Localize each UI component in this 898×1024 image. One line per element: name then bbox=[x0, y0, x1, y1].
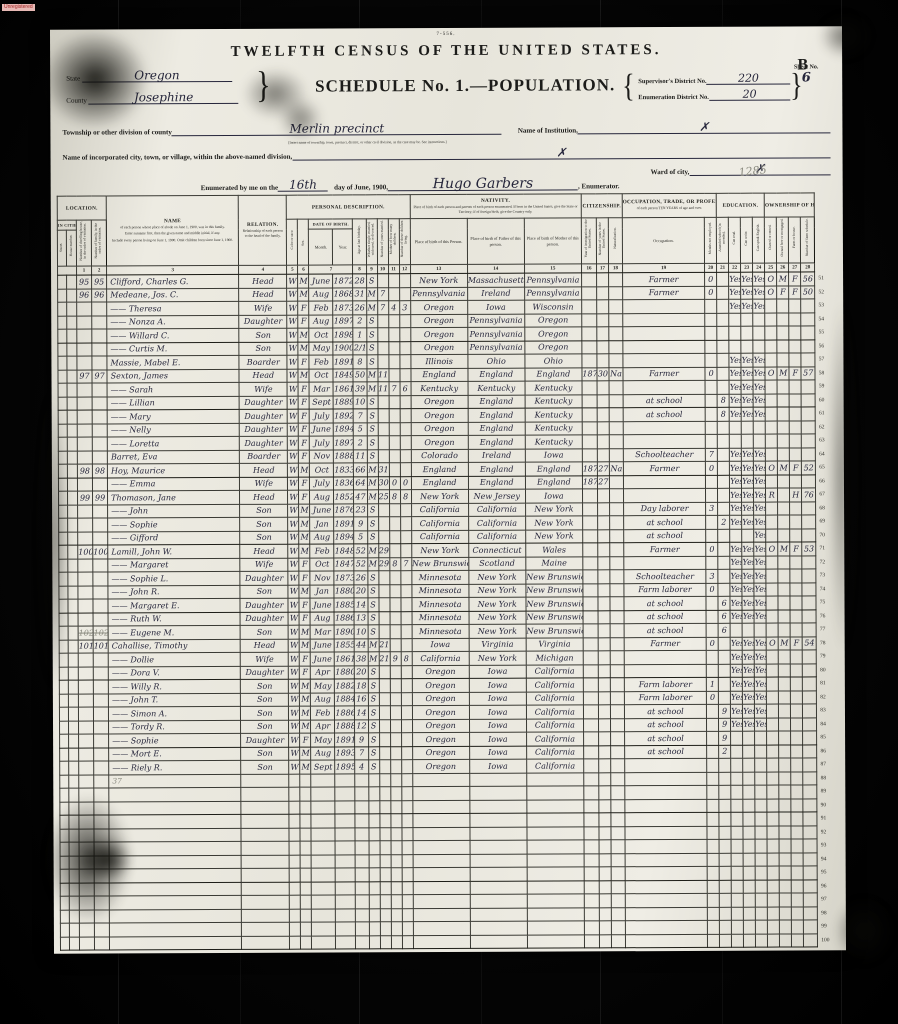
street bbox=[60, 775, 69, 789]
free_or_mortgaged bbox=[777, 326, 789, 340]
months_not_employed: 0 bbox=[705, 272, 717, 286]
house_number bbox=[68, 572, 78, 586]
owned-rented-header: Owned or rented. bbox=[764, 217, 776, 263]
owned_or_rented bbox=[767, 704, 779, 718]
birth-year-header: Year. bbox=[333, 229, 353, 265]
children_living bbox=[401, 638, 412, 652]
years_married bbox=[378, 395, 389, 409]
mother_birthplace: California bbox=[526, 705, 583, 719]
can_speak_english: Yes bbox=[753, 380, 765, 394]
family_number bbox=[93, 599, 108, 613]
farm_or_house bbox=[791, 771, 803, 785]
name: Medeane, Jos. C. bbox=[107, 288, 239, 302]
color: W bbox=[288, 463, 299, 477]
attended_school bbox=[718, 583, 730, 597]
months_not_employed bbox=[707, 704, 719, 718]
birth_year: 1892 bbox=[334, 409, 354, 423]
mother_of_children bbox=[390, 746, 401, 760]
marital_status: S bbox=[367, 422, 378, 436]
birthplace bbox=[413, 827, 470, 841]
farm_or_house bbox=[789, 326, 801, 340]
birth_month: Apr bbox=[311, 719, 335, 733]
birth_month: Jan bbox=[310, 517, 334, 531]
farm_schedule bbox=[804, 920, 818, 934]
children_living: 7 bbox=[400, 557, 411, 571]
immigration_year bbox=[583, 624, 598, 638]
occupation: at school bbox=[623, 394, 705, 408]
marital_status: M bbox=[368, 652, 379, 666]
dwelling_number bbox=[77, 316, 92, 330]
relation: Son bbox=[240, 531, 288, 545]
mother_birthplace: New York bbox=[525, 516, 582, 530]
months_not_employed bbox=[707, 880, 719, 894]
sex: F bbox=[299, 409, 310, 423]
column-number: 27 bbox=[789, 263, 801, 272]
occupation: Farmer bbox=[623, 367, 705, 381]
age bbox=[356, 854, 369, 868]
farm_schedule bbox=[803, 744, 817, 758]
mother_of_children bbox=[390, 800, 401, 814]
years_married bbox=[379, 827, 390, 841]
birth_year: 1891 bbox=[334, 517, 354, 531]
children_living bbox=[399, 341, 410, 355]
can_speak_english bbox=[755, 758, 767, 772]
enumerated-day: 16th bbox=[289, 178, 317, 192]
years_in_us bbox=[599, 799, 611, 813]
birth_month: July bbox=[310, 436, 334, 450]
house_number bbox=[69, 775, 79, 789]
owned_or_rented bbox=[767, 758, 779, 772]
birth_year bbox=[336, 908, 356, 922]
naturalization bbox=[610, 705, 624, 719]
farm_schedule bbox=[803, 839, 817, 853]
farm_or_house: F bbox=[789, 366, 801, 380]
relation: Daughter bbox=[239, 315, 287, 329]
sex: F bbox=[299, 436, 310, 450]
free_or_mortgaged bbox=[778, 596, 790, 610]
birth_year: 1897 bbox=[333, 314, 353, 328]
attended_school bbox=[718, 556, 730, 570]
color: W bbox=[289, 733, 300, 747]
family_number bbox=[92, 437, 107, 451]
free_or_mortgaged: M bbox=[778, 637, 790, 651]
birth_year: 1893 bbox=[335, 746, 355, 760]
dwelling_number bbox=[77, 329, 92, 343]
owned_or_rented bbox=[768, 907, 780, 921]
owned_or_rented bbox=[767, 785, 779, 799]
street bbox=[60, 923, 69, 937]
can_speak_english: Yes bbox=[754, 515, 766, 529]
occupation bbox=[625, 920, 707, 934]
birth_month: June bbox=[310, 598, 334, 612]
children-living-header: Number of these children living. bbox=[399, 219, 410, 265]
years_married: 29 bbox=[378, 544, 389, 558]
farm_or_house bbox=[792, 920, 804, 934]
mother_birthplace: Maine bbox=[526, 556, 583, 570]
birth_month: Mar bbox=[311, 625, 335, 639]
street bbox=[60, 802, 69, 816]
can_read: Yes bbox=[731, 691, 743, 705]
attended_school bbox=[719, 785, 731, 799]
sex bbox=[300, 855, 311, 869]
column-number: 1 bbox=[77, 266, 92, 275]
name-column-header: NAME of each person whose place of abode… bbox=[106, 195, 239, 266]
line-number: 99 bbox=[818, 920, 836, 934]
occupation bbox=[625, 880, 707, 894]
occupation: at school bbox=[623, 407, 705, 421]
father_birthplace: England bbox=[468, 408, 525, 422]
occupation bbox=[623, 313, 705, 327]
children_living bbox=[400, 544, 411, 558]
father_birthplace bbox=[470, 840, 527, 854]
years_married bbox=[379, 733, 390, 747]
column-number: 10 bbox=[377, 265, 388, 274]
sex: M bbox=[298, 369, 309, 383]
farm_or_house bbox=[789, 299, 801, 313]
owned_or_rented bbox=[766, 610, 778, 624]
mother_of_children bbox=[388, 341, 399, 355]
father_birthplace: California bbox=[468, 530, 525, 544]
farm_schedule bbox=[801, 339, 815, 353]
can_speak_english: Yes bbox=[755, 691, 767, 705]
children_living bbox=[401, 598, 412, 612]
family_number bbox=[94, 882, 109, 896]
free_or_mortgaged bbox=[778, 569, 790, 583]
dwelling_number bbox=[77, 410, 92, 424]
mother_birthplace: Wisconsin bbox=[524, 300, 581, 314]
attended_school bbox=[718, 569, 730, 583]
months_not_employed bbox=[707, 866, 719, 880]
years_married: 25 bbox=[378, 490, 389, 504]
color bbox=[289, 814, 300, 828]
dwelling_number bbox=[79, 829, 94, 843]
owned_or_rented bbox=[766, 596, 778, 610]
immigration_year bbox=[583, 691, 598, 705]
marital_status: M bbox=[367, 557, 378, 571]
marital_status bbox=[368, 814, 379, 828]
father_birthplace bbox=[470, 800, 527, 814]
birth_year: 1872 bbox=[333, 274, 353, 288]
owned_or_rented bbox=[765, 380, 777, 394]
age: 9 bbox=[355, 733, 368, 747]
owned_or_rented bbox=[766, 502, 778, 516]
years_in_us bbox=[598, 570, 610, 584]
birth_month bbox=[311, 827, 335, 841]
years_in_us bbox=[599, 759, 611, 773]
immigration_year bbox=[584, 880, 599, 894]
dwelling_number bbox=[78, 667, 93, 681]
years_in_us bbox=[597, 448, 609, 462]
birthplace bbox=[413, 881, 470, 895]
column-number: 11 bbox=[388, 265, 399, 274]
farm_or_house bbox=[790, 582, 802, 596]
years_in_us bbox=[599, 934, 611, 948]
age bbox=[356, 908, 369, 922]
can_read bbox=[732, 934, 744, 948]
color bbox=[289, 828, 300, 842]
years_married bbox=[379, 746, 390, 760]
years_married bbox=[379, 625, 390, 639]
free_or_mortgaged bbox=[778, 650, 790, 664]
months_not_employed: 0 bbox=[706, 542, 718, 556]
children_living bbox=[402, 841, 413, 855]
months_not_employed bbox=[707, 799, 719, 813]
street bbox=[59, 640, 68, 654]
birth_year: 1873 bbox=[334, 571, 354, 585]
relation bbox=[242, 909, 290, 923]
sex: F bbox=[298, 396, 309, 410]
family_number bbox=[94, 828, 109, 842]
dwelling_number bbox=[77, 343, 92, 357]
street bbox=[58, 397, 67, 411]
birth_month bbox=[311, 787, 335, 801]
column-number: 24 bbox=[753, 263, 765, 272]
can_read bbox=[731, 893, 743, 907]
farm_schedule bbox=[803, 825, 817, 839]
owned_or_rented bbox=[767, 677, 779, 691]
dwelling_number bbox=[78, 694, 93, 708]
attended_school bbox=[719, 907, 731, 921]
birth_year: 1880 bbox=[334, 584, 354, 598]
can_read: Yes bbox=[730, 542, 742, 556]
naturalization bbox=[610, 651, 624, 665]
dwelling_number: 100 bbox=[78, 545, 93, 559]
name bbox=[109, 922, 241, 936]
age: 66 bbox=[354, 463, 367, 477]
color bbox=[289, 801, 300, 815]
family_number bbox=[92, 342, 107, 356]
age: 16 bbox=[355, 692, 368, 706]
years_in_us bbox=[597, 489, 609, 503]
can_speak_english bbox=[755, 812, 767, 826]
family_number bbox=[94, 869, 109, 883]
immigration_year bbox=[583, 543, 598, 557]
can_write bbox=[743, 839, 755, 853]
location-group-header: LOCATION. bbox=[57, 196, 106, 220]
color: W bbox=[288, 450, 299, 464]
years_married bbox=[378, 503, 389, 517]
owned_or_rented bbox=[766, 556, 778, 570]
birth_month: Oct bbox=[310, 557, 334, 571]
father_birthplace: New York bbox=[469, 651, 526, 665]
farm_or_house bbox=[791, 825, 803, 839]
birth_month: Aug bbox=[309, 314, 333, 328]
sex: M bbox=[300, 693, 311, 707]
owned_or_rented bbox=[765, 394, 777, 408]
mother_birthplace: Kentucky bbox=[525, 421, 582, 435]
township-note: [Insert name of township, town, precinct… bbox=[202, 140, 532, 145]
family_number bbox=[94, 936, 109, 950]
supervisor-district-value: 220 bbox=[738, 72, 759, 85]
mother_of_children bbox=[388, 368, 399, 382]
name: —— Tordy R. bbox=[109, 720, 241, 734]
relation: Son bbox=[240, 517, 288, 531]
house_number bbox=[69, 761, 79, 775]
mother_birthplace bbox=[527, 826, 584, 840]
months_not_employed bbox=[707, 853, 719, 867]
birthplace: Minnesota bbox=[411, 570, 468, 584]
age bbox=[356, 881, 369, 895]
relation: Son bbox=[240, 625, 288, 639]
children_living: 8 bbox=[401, 652, 412, 666]
months_not_employed bbox=[705, 326, 717, 340]
naturalization bbox=[610, 543, 624, 557]
birthplace: New York bbox=[411, 543, 468, 557]
street bbox=[59, 626, 68, 640]
attended_school bbox=[718, 677, 730, 691]
naturalization bbox=[611, 907, 625, 921]
mother_birthplace: Kentucky bbox=[525, 408, 582, 422]
birthplace: Oregon bbox=[412, 692, 469, 706]
census-table-body: 9595Clifford, Charles G.HeadWMJune187228… bbox=[58, 272, 836, 950]
dwelling_number bbox=[79, 937, 94, 951]
sex bbox=[301, 895, 312, 909]
can_read bbox=[731, 880, 743, 894]
mother_birthplace: California bbox=[526, 664, 583, 678]
occupation bbox=[625, 799, 707, 813]
free_or_mortgaged bbox=[779, 745, 791, 759]
years_in_us bbox=[597, 421, 609, 435]
sex: M bbox=[299, 463, 310, 477]
color: W bbox=[288, 598, 299, 612]
house_number bbox=[67, 437, 77, 451]
immigration_year bbox=[583, 718, 598, 732]
children_living bbox=[401, 625, 412, 639]
birth_month: Aug bbox=[311, 746, 335, 760]
naturalization bbox=[609, 300, 623, 314]
naturalization bbox=[610, 718, 624, 732]
birthplace: Oregon bbox=[412, 746, 469, 760]
sex bbox=[300, 774, 311, 788]
free_or_mortgaged bbox=[778, 583, 790, 597]
birth_year: 1886 bbox=[334, 611, 354, 625]
children_living bbox=[401, 760, 412, 774]
color: W bbox=[288, 409, 299, 423]
mother_of_children bbox=[390, 773, 401, 787]
dwelling_number bbox=[79, 856, 94, 870]
sex: F bbox=[298, 315, 309, 329]
can_read: Yes bbox=[731, 704, 743, 718]
years_married bbox=[379, 692, 390, 706]
relation: Boarder bbox=[239, 355, 287, 369]
owned_or_rented bbox=[767, 772, 779, 786]
relation: Head bbox=[239, 274, 287, 288]
family_number bbox=[92, 329, 107, 343]
name bbox=[110, 936, 242, 950]
sex bbox=[300, 841, 311, 855]
street bbox=[58, 410, 67, 424]
attended_school bbox=[717, 299, 729, 313]
relation: Son bbox=[240, 504, 288, 518]
months_not_employed bbox=[705, 380, 717, 394]
house_number bbox=[67, 370, 77, 384]
relation: Wife bbox=[241, 652, 289, 666]
birthplace: California bbox=[411, 503, 468, 517]
line-number: 71 bbox=[816, 542, 834, 556]
dwelling_number bbox=[77, 451, 92, 465]
house_number bbox=[69, 923, 79, 937]
months_not_employed bbox=[705, 394, 717, 408]
sex bbox=[301, 882, 312, 896]
name: —— Sarah bbox=[107, 382, 239, 396]
birth_year: 1888 bbox=[334, 449, 354, 463]
children_living bbox=[399, 328, 410, 342]
occupation: at school bbox=[624, 718, 706, 732]
can_speak_english: Yes bbox=[754, 475, 766, 489]
birthplace: Pennsylvania bbox=[410, 287, 467, 301]
attended_school bbox=[717, 421, 729, 435]
birthplace-father-header: Place of birth of Father of this person. bbox=[467, 218, 524, 264]
can_write bbox=[741, 313, 753, 327]
age: 2/12 bbox=[353, 341, 366, 355]
mother_of_children bbox=[389, 544, 400, 558]
age: 11 bbox=[354, 449, 367, 463]
birthplace bbox=[413, 840, 470, 854]
film-scan-background: Unregistered 7-556. TWELFTH CENSUS OF TH… bbox=[0, 0, 898, 1024]
birth_month: Apr bbox=[311, 665, 335, 679]
institution-value: ✗ bbox=[699, 120, 709, 134]
street bbox=[59, 559, 68, 573]
immigration_year bbox=[582, 327, 597, 341]
house_number bbox=[68, 667, 78, 681]
birthplace: Oregon bbox=[412, 732, 469, 746]
house_number bbox=[67, 343, 77, 357]
name: —— Loretta bbox=[107, 436, 239, 450]
owned_or_rented bbox=[767, 691, 779, 705]
naturalization bbox=[610, 529, 624, 543]
age: 44 bbox=[355, 638, 368, 652]
marital_status: S bbox=[366, 341, 377, 355]
can_read bbox=[732, 920, 744, 934]
farm_schedule bbox=[802, 515, 816, 529]
farm_or_house bbox=[790, 663, 802, 677]
family_number bbox=[93, 585, 108, 599]
can_write: Yes bbox=[742, 502, 754, 516]
farm_or_house bbox=[790, 555, 802, 569]
children_living bbox=[401, 746, 412, 760]
attended_school bbox=[718, 461, 730, 475]
occupation bbox=[625, 907, 707, 921]
column-number: 28 bbox=[801, 263, 815, 272]
attended_school bbox=[719, 826, 731, 840]
free_or_mortgaged bbox=[778, 623, 790, 637]
line-number: 97 bbox=[818, 893, 836, 907]
marital_status: S bbox=[368, 760, 379, 774]
color: W bbox=[289, 760, 300, 774]
can_write: Yes bbox=[741, 367, 753, 381]
marital_status: S bbox=[367, 436, 378, 450]
farm_or_house bbox=[791, 717, 803, 731]
column-number: 6 bbox=[298, 265, 309, 274]
column-number: 2 bbox=[92, 266, 107, 275]
can_write bbox=[743, 866, 755, 880]
farm_or_house: F bbox=[790, 542, 802, 556]
can_write bbox=[743, 812, 755, 826]
family_number bbox=[94, 923, 109, 937]
free_or_mortgaged bbox=[779, 758, 791, 772]
father_birthplace bbox=[470, 935, 527, 949]
age: 13 bbox=[355, 611, 368, 625]
can_write bbox=[743, 785, 755, 799]
marital_status: M bbox=[367, 463, 378, 477]
owned_or_rented bbox=[767, 718, 779, 732]
children_living bbox=[400, 436, 411, 450]
years_married bbox=[377, 314, 388, 328]
family_number: 100 bbox=[93, 545, 108, 559]
children_living bbox=[402, 908, 413, 922]
naturalization bbox=[609, 340, 623, 354]
farm_or_house bbox=[791, 690, 803, 704]
